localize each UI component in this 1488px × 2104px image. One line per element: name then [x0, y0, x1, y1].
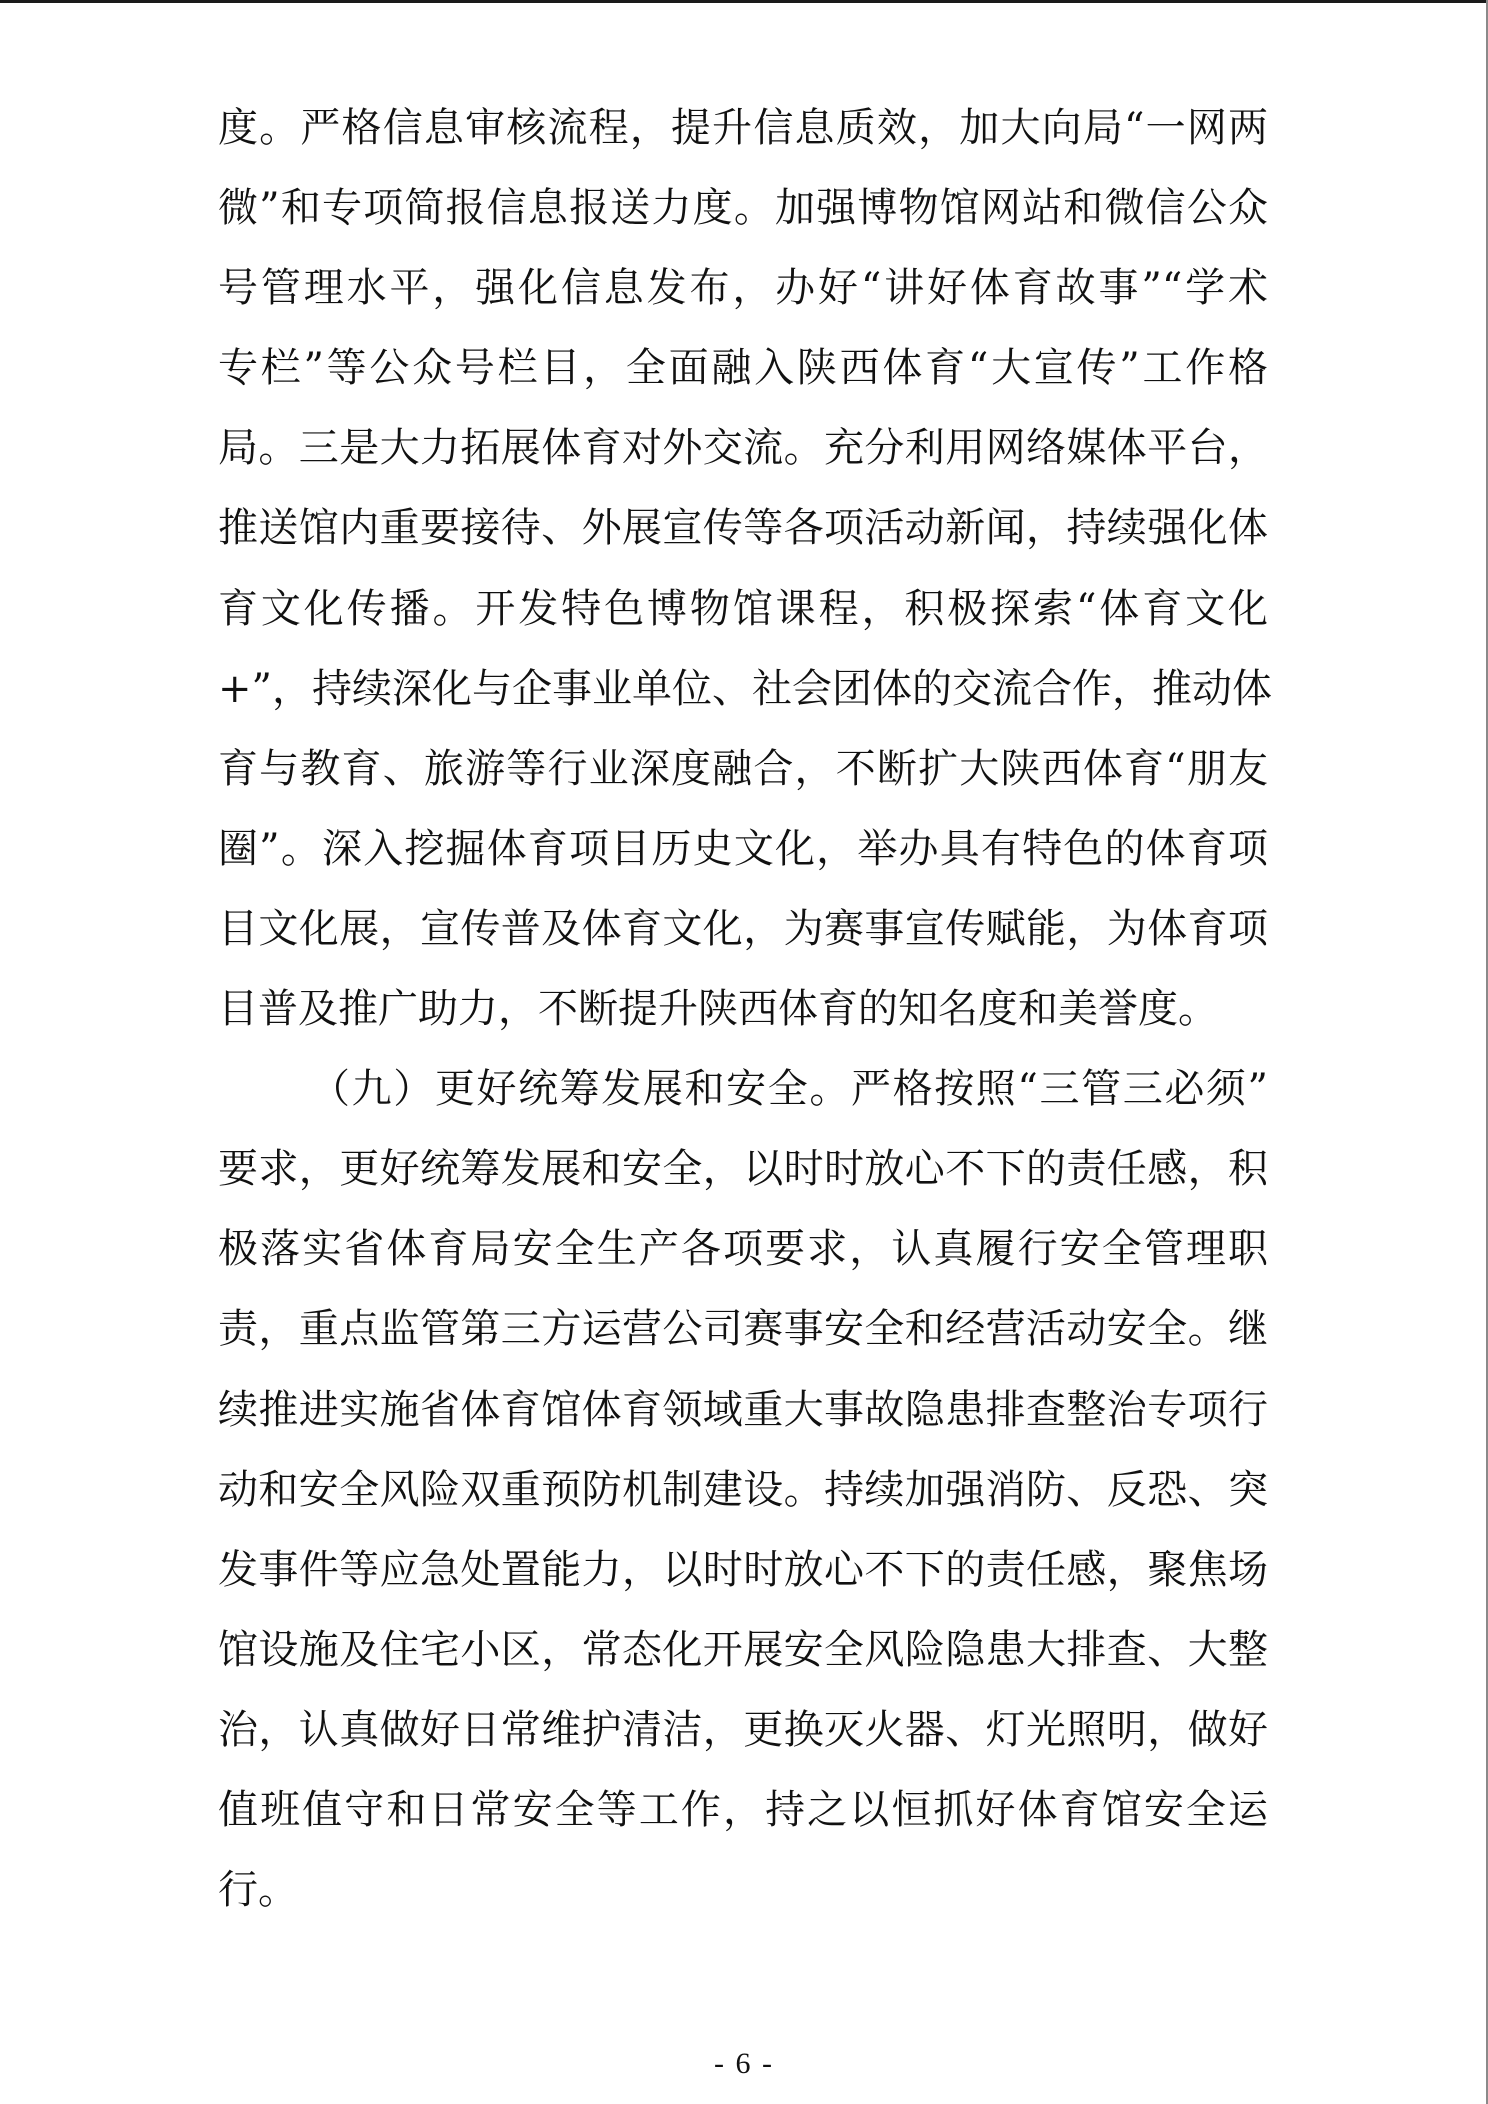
text-line: 育文化传播。开发特色博物馆课程，积极探索“体育文化	[218, 569, 1268, 649]
text-line: 号管理水平，强化信息发布，办好“讲好体育故事”“学术	[218, 248, 1268, 328]
text-line: 专栏”等公众号栏目，全面融入陕西体育“大宣传”工作格	[218, 328, 1268, 408]
text-line: 动和安全风险双重预防机制建设。持续加强消防、反恐、突	[218, 1450, 1268, 1530]
text-line: 度。严格信息审核流程，提升信息质效，加大向局“一网两	[218, 88, 1268, 168]
text-line: 发事件等应急处置能力，以时时放心不下的责任感，聚焦场	[218, 1530, 1268, 1610]
document-body: 度。严格信息审核流程，提升信息质效，加大向局“一网两 微”和专项简报信息报送力度…	[218, 88, 1268, 1930]
text-line: 要求，更好统筹发展和安全，以时时放心不下的责任感，积	[218, 1129, 1268, 1209]
paragraph-section-9: （九）更好统筹发展和安全。严格按照“三管三必须” 要求，更好统筹发展和安全，以时…	[218, 1049, 1268, 1930]
text-line: 育与教育、旅游等行业深度融合，不断扩大陕西体育“朋友	[218, 729, 1268, 809]
text-line: 续推进实施省体育馆体育领域重大事故隐患排查整治专项行	[218, 1370, 1268, 1450]
text-line: 局。三是大力拓展体育对外交流。充分利用网络媒体平台，	[218, 408, 1268, 488]
text-line: 极落实省体育局安全生产各项要求，认真履行安全管理职	[218, 1209, 1268, 1289]
text-line: 微”和专项简报信息报送力度。加强博物馆网站和微信公众	[218, 168, 1268, 248]
text-line: 推送馆内重要接待、外展宣传等各项活动新闻，持续强化体	[218, 488, 1268, 568]
text-line: 责，重点监管第三方运营公司赛事安全和经营活动安全。继	[218, 1289, 1268, 1369]
text-line: 馆设施及住宅小区，常态化开展安全风险隐患大排查、大整	[218, 1610, 1268, 1690]
text-line: 目文化展，宣传普及体育文化，为赛事宣传赋能，为体育项	[218, 889, 1268, 969]
text-line: +”，持续深化与企事业单位、社会团体的交流合作，推动体	[218, 649, 1268, 729]
text-line: 圈”。深入挖掘体育项目历史文化，举办具有特色的体育项	[218, 809, 1268, 889]
text-line: 目普及推广助力，不断提升陕西体育的知名度和美誉度。	[218, 969, 1268, 1049]
page-top-border	[0, 0, 1488, 3]
text-line: 治，认真做好日常维护清洁，更换灭火器、灯光照明，做好	[218, 1690, 1268, 1770]
paragraph-continued: 度。严格信息审核流程，提升信息质效，加大向局“一网两 微”和专项简报信息报送力度…	[218, 88, 1268, 1049]
page-number: - 6 -	[0, 2044, 1488, 2084]
section-heading-line: （九）更好统筹发展和安全。严格按照“三管三必须”	[218, 1049, 1268, 1129]
text-line: 值班值守和日常安全等工作，持之以恒抓好体育馆安全运	[218, 1770, 1268, 1850]
text-line: 行。	[218, 1850, 1268, 1930]
